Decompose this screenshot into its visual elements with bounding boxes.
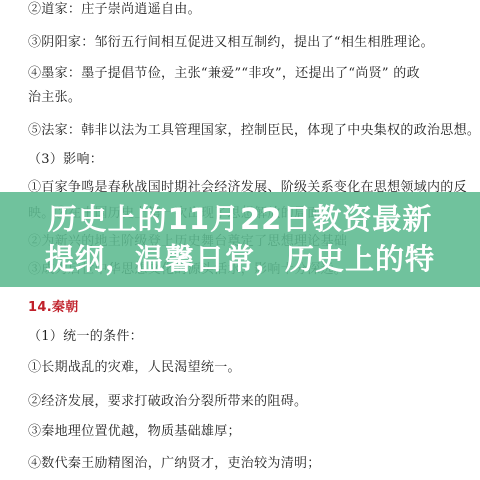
doc-line-condition-1: ①长期战乱的灾难，人民渴望统一。	[28, 360, 452, 376]
doc-line-yinyangjia: ③阴阳家：邹衍五行间相互促进又相互制约，提出了“相生相胜理论。	[28, 35, 452, 51]
doc-line-mojia-cont: 治主张。	[28, 90, 452, 106]
section-heading-qin: 14.秦朝	[28, 300, 452, 316]
banner-title-line-2: 提纲，温馨日常，历史上的特	[0, 242, 480, 276]
doc-line-condition-3: ③秦地理位置优越，物质基础雄厚；	[28, 424, 452, 440]
doc-line-mojia: ④墨家：墨子提倡节俭，主张“兼爱”“非攻”，还提出了“尚贤” 的政	[28, 66, 452, 82]
doc-line-condition-4: ④数代秦王励精图治，广纳贤才，吏治较为清明；	[28, 456, 452, 472]
doc-line-influence-heading: （3）影响：	[28, 152, 452, 168]
doc-line-condition-2: ②经济发展，要求打破政治分裂所带来的阻碍。	[28, 394, 452, 410]
doc-line-unify-conditions: （1）统一的条件：	[28, 329, 452, 345]
doc-line-fajia: ⑤法家：韩非以法为工具管理国家，控制臣民，体现了中央集权的政治思想。	[28, 123, 452, 139]
doc-line-daojia: ②道家：庄子崇尚逍遥自由。	[28, 2, 452, 18]
title-banner: 历史上的11月22日教资最新 提纲，温馨日常，历史上的特	[0, 192, 480, 287]
banner-title-line-1: 历史上的11月22日教资最新	[0, 202, 480, 236]
